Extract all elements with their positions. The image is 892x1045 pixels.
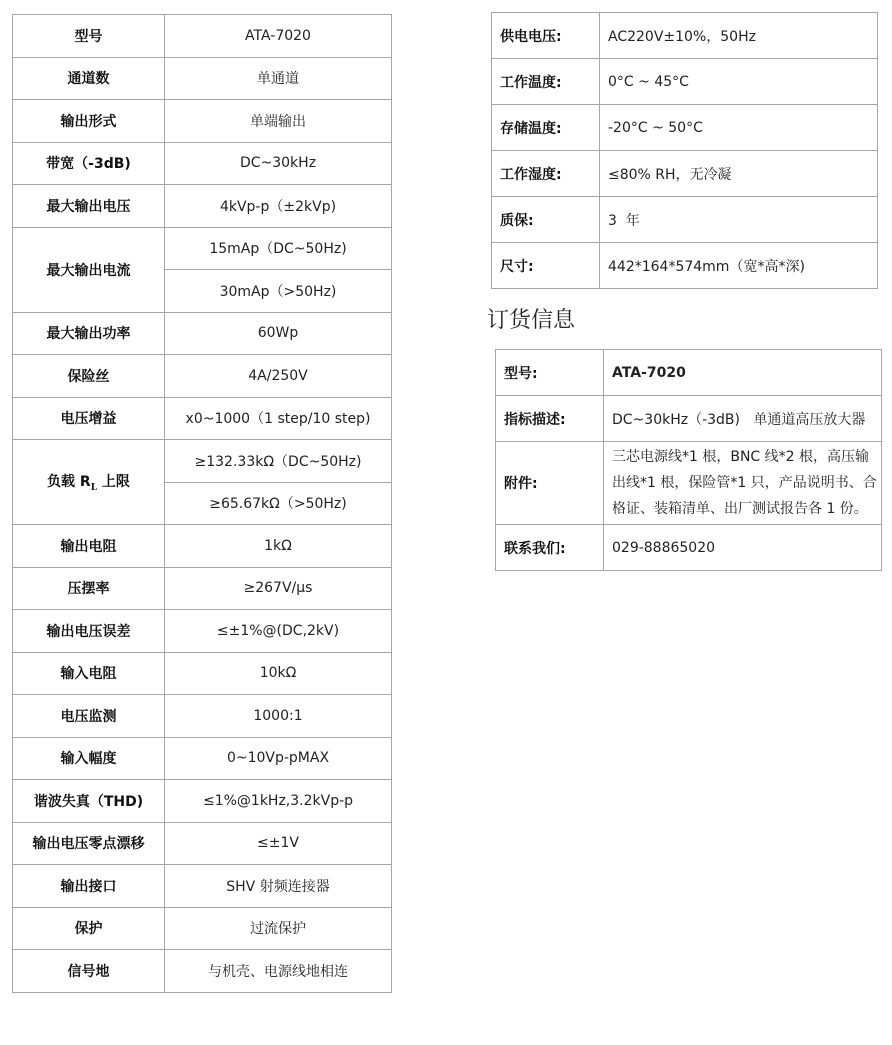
spec-value: 与机壳、电源线地相连 bbox=[165, 950, 392, 993]
spec-label: 压摆率 bbox=[13, 567, 165, 610]
order-row-model: 型号: ATA-7020 bbox=[496, 350, 882, 396]
env-row-supply-voltage: 供电电压: AC220V±10%，50Hz bbox=[492, 13, 878, 59]
env-row-operating-temp: 工作温度: 0°C ~ 45°C bbox=[492, 59, 878, 105]
ordering-info-heading: 订货信息 bbox=[487, 303, 575, 334]
spec-label: 输出电压误差 bbox=[13, 610, 165, 653]
order-label: 型号: bbox=[496, 350, 604, 396]
spec-value: 4kVp-p（±2kVp) bbox=[165, 185, 392, 228]
spec-value: 过流保护 bbox=[165, 907, 392, 950]
spec-label: 输出电阻 bbox=[13, 525, 165, 568]
env-label: 尺寸: bbox=[492, 243, 600, 289]
spec-value: DC~30kHz bbox=[165, 142, 392, 185]
spec-value: 单端输出 bbox=[165, 100, 392, 143]
env-label: 存储温度: bbox=[492, 105, 600, 151]
spec-label: 输入电阻 bbox=[13, 652, 165, 695]
env-value: 3 年 bbox=[600, 197, 878, 243]
order-row-contact: 联系我们: 029-88865020 bbox=[496, 525, 882, 571]
spec-row-max-current: 最大输出电流 15mAp（DC~50Hz) bbox=[13, 227, 392, 270]
spec-value: 单通道 bbox=[165, 57, 392, 100]
spec-row-voltage-gain: 电压增益 x0~1000（1 step/10 step) bbox=[13, 397, 392, 440]
spec-row-output-resistance: 输出电阻 1kΩ bbox=[13, 525, 392, 568]
spec-row-protection: 保护 过流保护 bbox=[13, 907, 392, 950]
spec-row-zero-drift: 输出电压零点漂移 ≤±1V bbox=[13, 822, 392, 865]
contact-phone: 029-88865020 bbox=[604, 525, 882, 571]
order-label: 指标描述: bbox=[496, 396, 604, 442]
env-row-humidity: 工作湿度: ≤80% RH，无冷凝 bbox=[492, 151, 878, 197]
spec-value: 15mAp（DC~50Hz) bbox=[165, 227, 392, 270]
spec-value: SHV 射频连接器 bbox=[165, 865, 392, 908]
spec-row-input-amplitude: 输入幅度 0~10Vp-pMAX bbox=[13, 737, 392, 780]
spec-row-slew-rate: 压摆率 ≥267V/μs bbox=[13, 567, 392, 610]
spec-label: 带宽（-3dB) bbox=[13, 142, 165, 185]
env-value: AC220V±10%，50Hz bbox=[600, 13, 878, 59]
ordering-table: 型号: ATA-7020 指标描述: DC~30kHz（-3dB) 单通道高压放… bbox=[495, 349, 882, 571]
spec-label: 最大输出功率 bbox=[13, 312, 165, 355]
spec-row-model: 型号 ATA-7020 bbox=[13, 15, 392, 58]
spec-label-prefix: 负载 R bbox=[47, 474, 91, 490]
spec-value: ≥65.67kΩ（>50Hz) bbox=[165, 482, 392, 525]
spec-label: 通道数 bbox=[13, 57, 165, 100]
spec-label: 最大输出电压 bbox=[13, 185, 165, 228]
spec-row-load-limit: 负载 RL 上限 ≥132.33kΩ（DC~50Hz) bbox=[13, 440, 392, 483]
spec-row-voltage-monitor: 电压监测 1000:1 bbox=[13, 695, 392, 738]
spec-row-bandwidth: 带宽（-3dB) DC~30kHz bbox=[13, 142, 392, 185]
spec-value: 0~10Vp-pMAX bbox=[165, 737, 392, 780]
spec-row-output-type: 输出形式 单端输出 bbox=[13, 100, 392, 143]
spec-row-thd: 谐波失真（THD) ≤1%@1kHz,3.2kVp-p bbox=[13, 780, 392, 823]
spec-row-input-resistance: 输入电阻 10kΩ bbox=[13, 652, 392, 695]
order-label: 附件: bbox=[496, 442, 604, 525]
spec-row-output-connector: 输出接口 SHV 射频连接器 bbox=[13, 865, 392, 908]
env-value: 442*164*574mm（宽*高*深) bbox=[600, 243, 878, 289]
environment-table: 供电电压: AC220V±10%，50Hz 工作温度: 0°C ~ 45°C 存… bbox=[491, 12, 878, 289]
spec-value: 1kΩ bbox=[165, 525, 392, 568]
env-value: -20°C ~ 50°C bbox=[600, 105, 878, 151]
spec-value: ≥132.33kΩ（DC~50Hz) bbox=[165, 440, 392, 483]
env-label: 质保: bbox=[492, 197, 600, 243]
spec-value: ATA-7020 bbox=[165, 15, 392, 58]
spec-label: 谐波失真（THD) bbox=[13, 780, 165, 823]
env-row-warranty: 质保: 3 年 bbox=[492, 197, 878, 243]
spec-label: 输出电压零点漂移 bbox=[13, 822, 165, 865]
order-row-accessories: 附件: 三芯电源线*1 根，BNC 线*2 根，高压输出线*1 根，保险管*1 … bbox=[496, 442, 882, 525]
spec-row-channels: 通道数 单通道 bbox=[13, 57, 392, 100]
order-row-description: 指标描述: DC~30kHz（-3dB) 单通道高压放大器 bbox=[496, 396, 882, 442]
order-label: 联系我们: bbox=[496, 525, 604, 571]
spec-value: x0~1000（1 step/10 step) bbox=[165, 397, 392, 440]
spec-row-fuse: 保险丝 4A/250V bbox=[13, 355, 392, 398]
order-value: DC~30kHz（-3dB) 单通道高压放大器 bbox=[604, 396, 882, 442]
spec-value: 60Wp bbox=[165, 312, 392, 355]
spec-value: ≤±1V bbox=[165, 822, 392, 865]
spec-table: 型号 ATA-7020 通道数 单通道 输出形式 单端输出 带宽（-3dB) D… bbox=[12, 14, 392, 993]
env-value: ≤80% RH，无冷凝 bbox=[600, 151, 878, 197]
order-value: 三芯电源线*1 根，BNC 线*2 根，高压输出线*1 根，保险管*1 只，产品… bbox=[604, 442, 882, 525]
spec-label: 输出接口 bbox=[13, 865, 165, 908]
spec-label: 信号地 bbox=[13, 950, 165, 993]
env-value: 0°C ~ 45°C bbox=[600, 59, 878, 105]
env-label: 供电电压: bbox=[492, 13, 600, 59]
spec-label: 保险丝 bbox=[13, 355, 165, 398]
spec-row-signal-ground: 信号地 与机壳、电源线地相连 bbox=[13, 950, 392, 993]
env-label: 工作湿度: bbox=[492, 151, 600, 197]
spec-value: 10kΩ bbox=[165, 652, 392, 695]
spec-label: 负载 RL 上限 bbox=[13, 440, 165, 525]
spec-label-suffix: 上限 bbox=[97, 474, 130, 490]
spec-value: ≤1%@1kHz,3.2kVp-p bbox=[165, 780, 392, 823]
spec-row-max-voltage: 最大输出电压 4kVp-p（±2kVp) bbox=[13, 185, 392, 228]
spec-label: 输入幅度 bbox=[13, 737, 165, 780]
spec-row-max-power: 最大输出功率 60Wp bbox=[13, 312, 392, 355]
env-row-dimensions: 尺寸: 442*164*574mm（宽*高*深) bbox=[492, 243, 878, 289]
spec-label: 最大输出电流 bbox=[13, 227, 165, 312]
spec-label: 型号 bbox=[13, 15, 165, 58]
spec-value: ≤±1%@(DC,2kV) bbox=[165, 610, 392, 653]
spec-row-output-error: 输出电压误差 ≤±1%@(DC,2kV) bbox=[13, 610, 392, 653]
spec-value: 30mAp（>50Hz) bbox=[165, 270, 392, 313]
spec-value: 1000:1 bbox=[165, 695, 392, 738]
order-value: ATA-7020 bbox=[604, 350, 882, 396]
env-row-storage-temp: 存储温度: -20°C ~ 50°C bbox=[492, 105, 878, 151]
spec-label: 电压增益 bbox=[13, 397, 165, 440]
spec-value: ≥267V/μs bbox=[165, 567, 392, 610]
env-label: 工作温度: bbox=[492, 59, 600, 105]
spec-label: 保护 bbox=[13, 907, 165, 950]
spec-label: 电压监测 bbox=[13, 695, 165, 738]
spec-value: 4A/250V bbox=[165, 355, 392, 398]
spec-label: 输出形式 bbox=[13, 100, 165, 143]
